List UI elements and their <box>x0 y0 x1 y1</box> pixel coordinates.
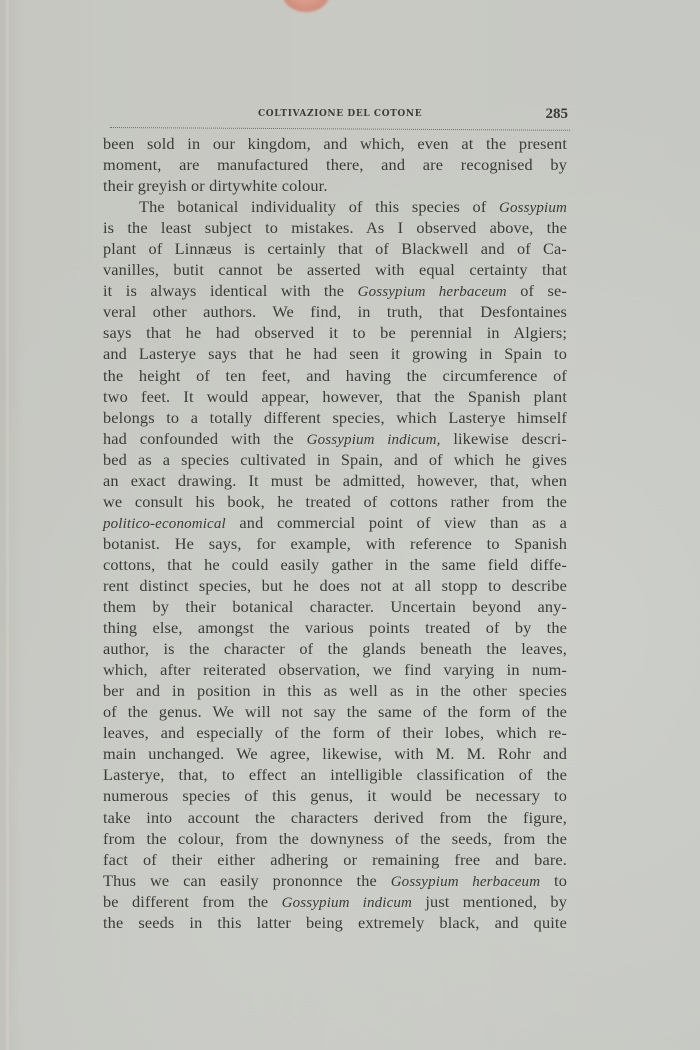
text-line: ber and in position in this as well as i… <box>103 680 567 701</box>
line-text: author, is the character of the glands b… <box>103 639 567 658</box>
text-line: plant of Linnæus is certainly that of Bl… <box>103 238 567 259</box>
line-text: from the colour, from the downyness of t… <box>103 829 567 848</box>
text-line: rent distinct species, but he does not a… <box>103 575 567 596</box>
line-text: bed as a species cultivated in Spain, an… <box>103 450 567 469</box>
line-text: of the genus. We will not say the same o… <box>103 702 567 721</box>
page-edge <box>6 0 9 1050</box>
line-text: plant of Linnæus is certainly that of Bl… <box>103 239 567 258</box>
text-line: two feet. It would appear, however, that… <box>103 386 567 407</box>
line-text: moment, are manufactured there, and are … <box>103 155 567 174</box>
line-text: them by their botanical character. Uncer… <box>103 597 567 616</box>
page-number: 285 <box>546 106 569 123</box>
line-text: thing else, amongst the various points t… <box>103 618 567 637</box>
line-text: says that he had observed it to be peren… <box>103 323 567 342</box>
text-line: belongs to a totally different species, … <box>103 407 567 428</box>
line-text: belongs to a totally different species, … <box>103 408 567 427</box>
line-text: which, after reiterated observation, we … <box>103 660 567 679</box>
line-text: we consult his book, he treated of cotto… <box>103 492 567 511</box>
text-line: The botanical individuality of this spec… <box>103 196 567 217</box>
italic-term: Gossypium indicum, <box>307 432 441 448</box>
text-line: them by their botanical character. Uncer… <box>103 596 567 617</box>
line-text: fact of their either adhering or remaini… <box>103 850 567 869</box>
line-text: vanilles, butit cannot be asserted with … <box>103 260 567 279</box>
line-text: to <box>540 871 567 890</box>
line-text: numerous species of this genus, it would… <box>103 786 567 805</box>
italic-term: Gossypium <box>499 200 567 216</box>
text-line: botanist. He says, for example, with ref… <box>103 533 567 554</box>
line-text: botanist. He says, for example, with ref… <box>103 534 567 553</box>
italic-term: politico-economical <box>103 516 226 532</box>
text-line: an exact drawing. It must be admitted, h… <box>103 470 567 491</box>
text-line: author, is the character of the glands b… <box>103 638 567 659</box>
line-text: and commercial point of view than as a <box>226 513 567 532</box>
line-text: take into account the characters derived… <box>103 808 567 827</box>
text-line: the height of ten feet, and having the c… <box>103 365 567 386</box>
line-text: an exact drawing. It must be admitted, h… <box>103 471 567 490</box>
line-text: two feet. It would appear, however, that… <box>103 387 567 406</box>
line-text: veral other authors. We find, in truth, … <box>103 302 567 321</box>
text-line: is the least subject to mistakes. As I o… <box>103 217 567 238</box>
line-text: their greyish or dirtywhite colour. <box>103 176 328 195</box>
text-line: leaves, and especially of the form of th… <box>103 722 567 743</box>
text-line: thing else, amongst the various points t… <box>103 617 567 638</box>
line-text: the height of ten feet, and having the c… <box>103 366 567 385</box>
running-title: COLTIVAZIONE DEL COTONE <box>258 109 422 119</box>
text-line: take into account the characters derived… <box>103 807 567 828</box>
line-text: the seeds in this latter being extremely… <box>103 913 567 932</box>
line-text: main unchanged. We agree, likewise, with… <box>103 744 567 763</box>
line-text: of se- <box>507 281 567 300</box>
text-line: their greyish or dirtywhite colour. <box>103 175 567 196</box>
line-text: had confounded with the <box>103 429 307 448</box>
text-line: moment, are manufactured there, and are … <box>103 154 567 175</box>
italic-term: Gossypium herbaceum <box>358 284 507 300</box>
line-text: is the least subject to mistakes. As I o… <box>103 218 567 237</box>
page-header: COLTIVAZIONE DEL COTONE 285 <box>110 104 568 126</box>
line-text: cottons, that he could easily gather in … <box>103 555 567 574</box>
text-line: we consult his book, he treated of cotto… <box>103 491 567 512</box>
line-text: leaves, and especially of the form of th… <box>103 723 567 742</box>
text-line: from the colour, from the downyness of t… <box>103 828 567 849</box>
line-text: be different from the <box>103 892 282 911</box>
line-text: and Lasterye says that he had seen it gr… <box>103 344 567 363</box>
line-text: it is always identical with the <box>103 281 358 300</box>
text-line: which, after reiterated observation, we … <box>103 659 567 680</box>
line-text: rent distinct species, but he does not a… <box>103 576 567 595</box>
text-line: fact of their either adhering or remaini… <box>103 849 567 870</box>
text-line: cottons, that he could easily gather in … <box>103 554 567 575</box>
text-line: be different from the Gossypium indicum … <box>103 891 567 912</box>
text-line: bed as a species cultivated in Spain, an… <box>103 449 567 470</box>
text-line: been sold in our kingdom, and which, eve… <box>103 133 567 154</box>
text-line: of the genus. We will not say the same o… <box>103 701 567 722</box>
line-text: The botanical individuality of this spec… <box>139 197 499 216</box>
italic-term: Gossypium herbaceum <box>391 874 541 890</box>
line-text: likewise descri- <box>440 429 567 448</box>
text-line: had confounded with the Gossypium indicu… <box>103 428 567 449</box>
text-line: politico-economical and commercial point… <box>103 512 567 533</box>
body-text: been sold in our kingdom, and which, eve… <box>103 133 569 933</box>
line-text: been sold in our kingdom, and which, eve… <box>103 134 567 153</box>
text-line: main unchanged. We agree, likewise, with… <box>103 743 567 764</box>
text-line: says that he had observed it to be peren… <box>103 322 567 343</box>
text-line: Lasterye, that, to effect an intelligibl… <box>103 764 567 785</box>
text-line: Thus we can easily prononnce the Gossypi… <box>103 870 567 891</box>
text-line: vanilles, butit cannot be asserted with … <box>103 259 567 280</box>
line-text: Lasterye, that, to effect an intelligibl… <box>103 765 567 784</box>
text-line: veral other authors. We find, in truth, … <box>103 301 567 322</box>
text-line: and Lasterye says that he had seen it gr… <box>103 343 567 364</box>
text-line: numerous species of this genus, it would… <box>103 785 567 806</box>
italic-term: Gossypium indicum <box>282 895 412 911</box>
line-text: just mentioned, by <box>412 892 567 911</box>
text-line: it is always identical with the Gossypiu… <box>103 280 567 301</box>
line-text: ber and in position in this as well as i… <box>103 681 567 700</box>
line-text: Thus we can easily prononnce the <box>103 871 391 890</box>
text-line: the seeds in this latter being extremely… <box>103 912 567 933</box>
